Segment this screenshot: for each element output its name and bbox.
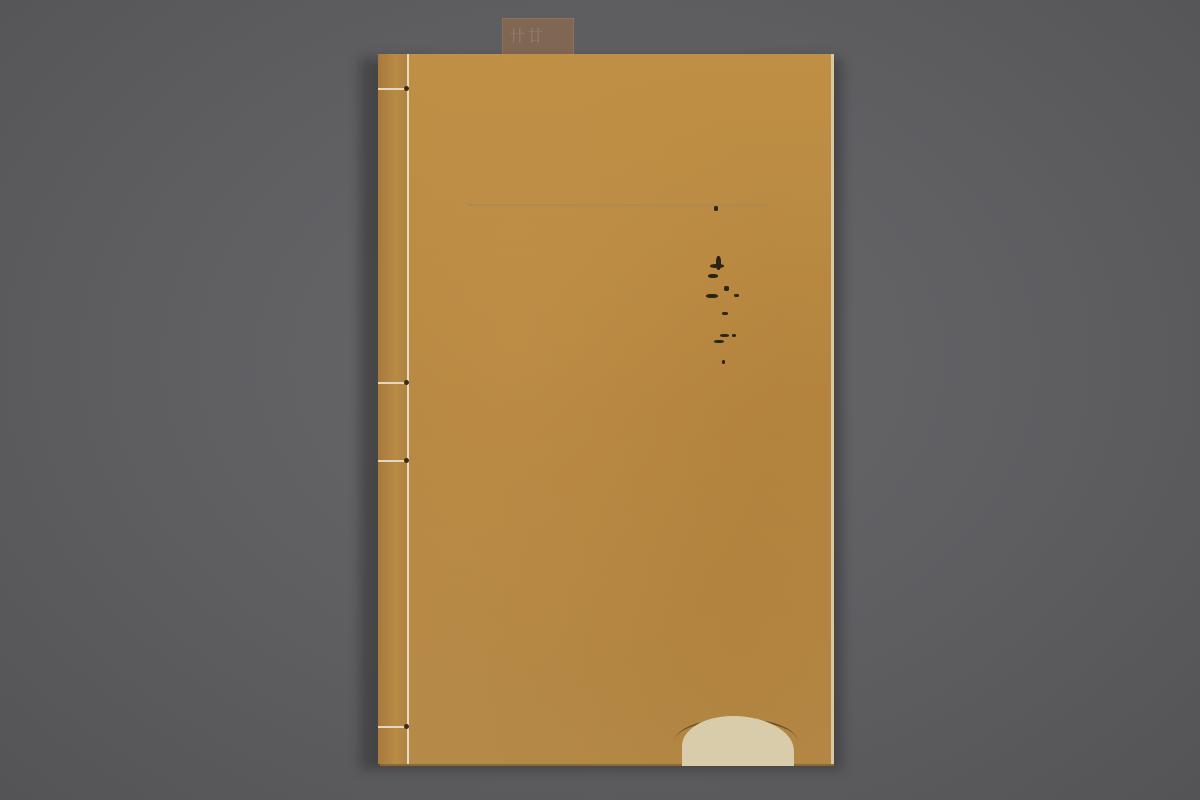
- ink-mark: [724, 286, 729, 291]
- book-spine: [378, 54, 408, 764]
- book-cover: [378, 54, 832, 764]
- stitch-hole-4: [404, 724, 409, 729]
- stitch-hole-2: [404, 380, 409, 385]
- stitch-hole-1: [404, 86, 409, 91]
- ink-mark: [720, 334, 729, 337]
- ink-mark: [714, 206, 718, 211]
- page-fore-edge: [831, 54, 834, 764]
- label-glyphs: 卄廿: [509, 27, 545, 45]
- ink-mark: [722, 312, 728, 315]
- ink-mark: [708, 274, 718, 278]
- ink-mark: [710, 264, 724, 268]
- handwritten-ink-marks: [706, 204, 756, 374]
- ink-mark: [722, 360, 725, 364]
- ink-mark: [706, 294, 718, 298]
- ink-mark: [732, 334, 736, 337]
- binding-thread: [407, 54, 409, 764]
- ink-mark: [714, 340, 724, 343]
- ink-mark: [734, 294, 739, 297]
- stitch-hole-3: [404, 458, 409, 463]
